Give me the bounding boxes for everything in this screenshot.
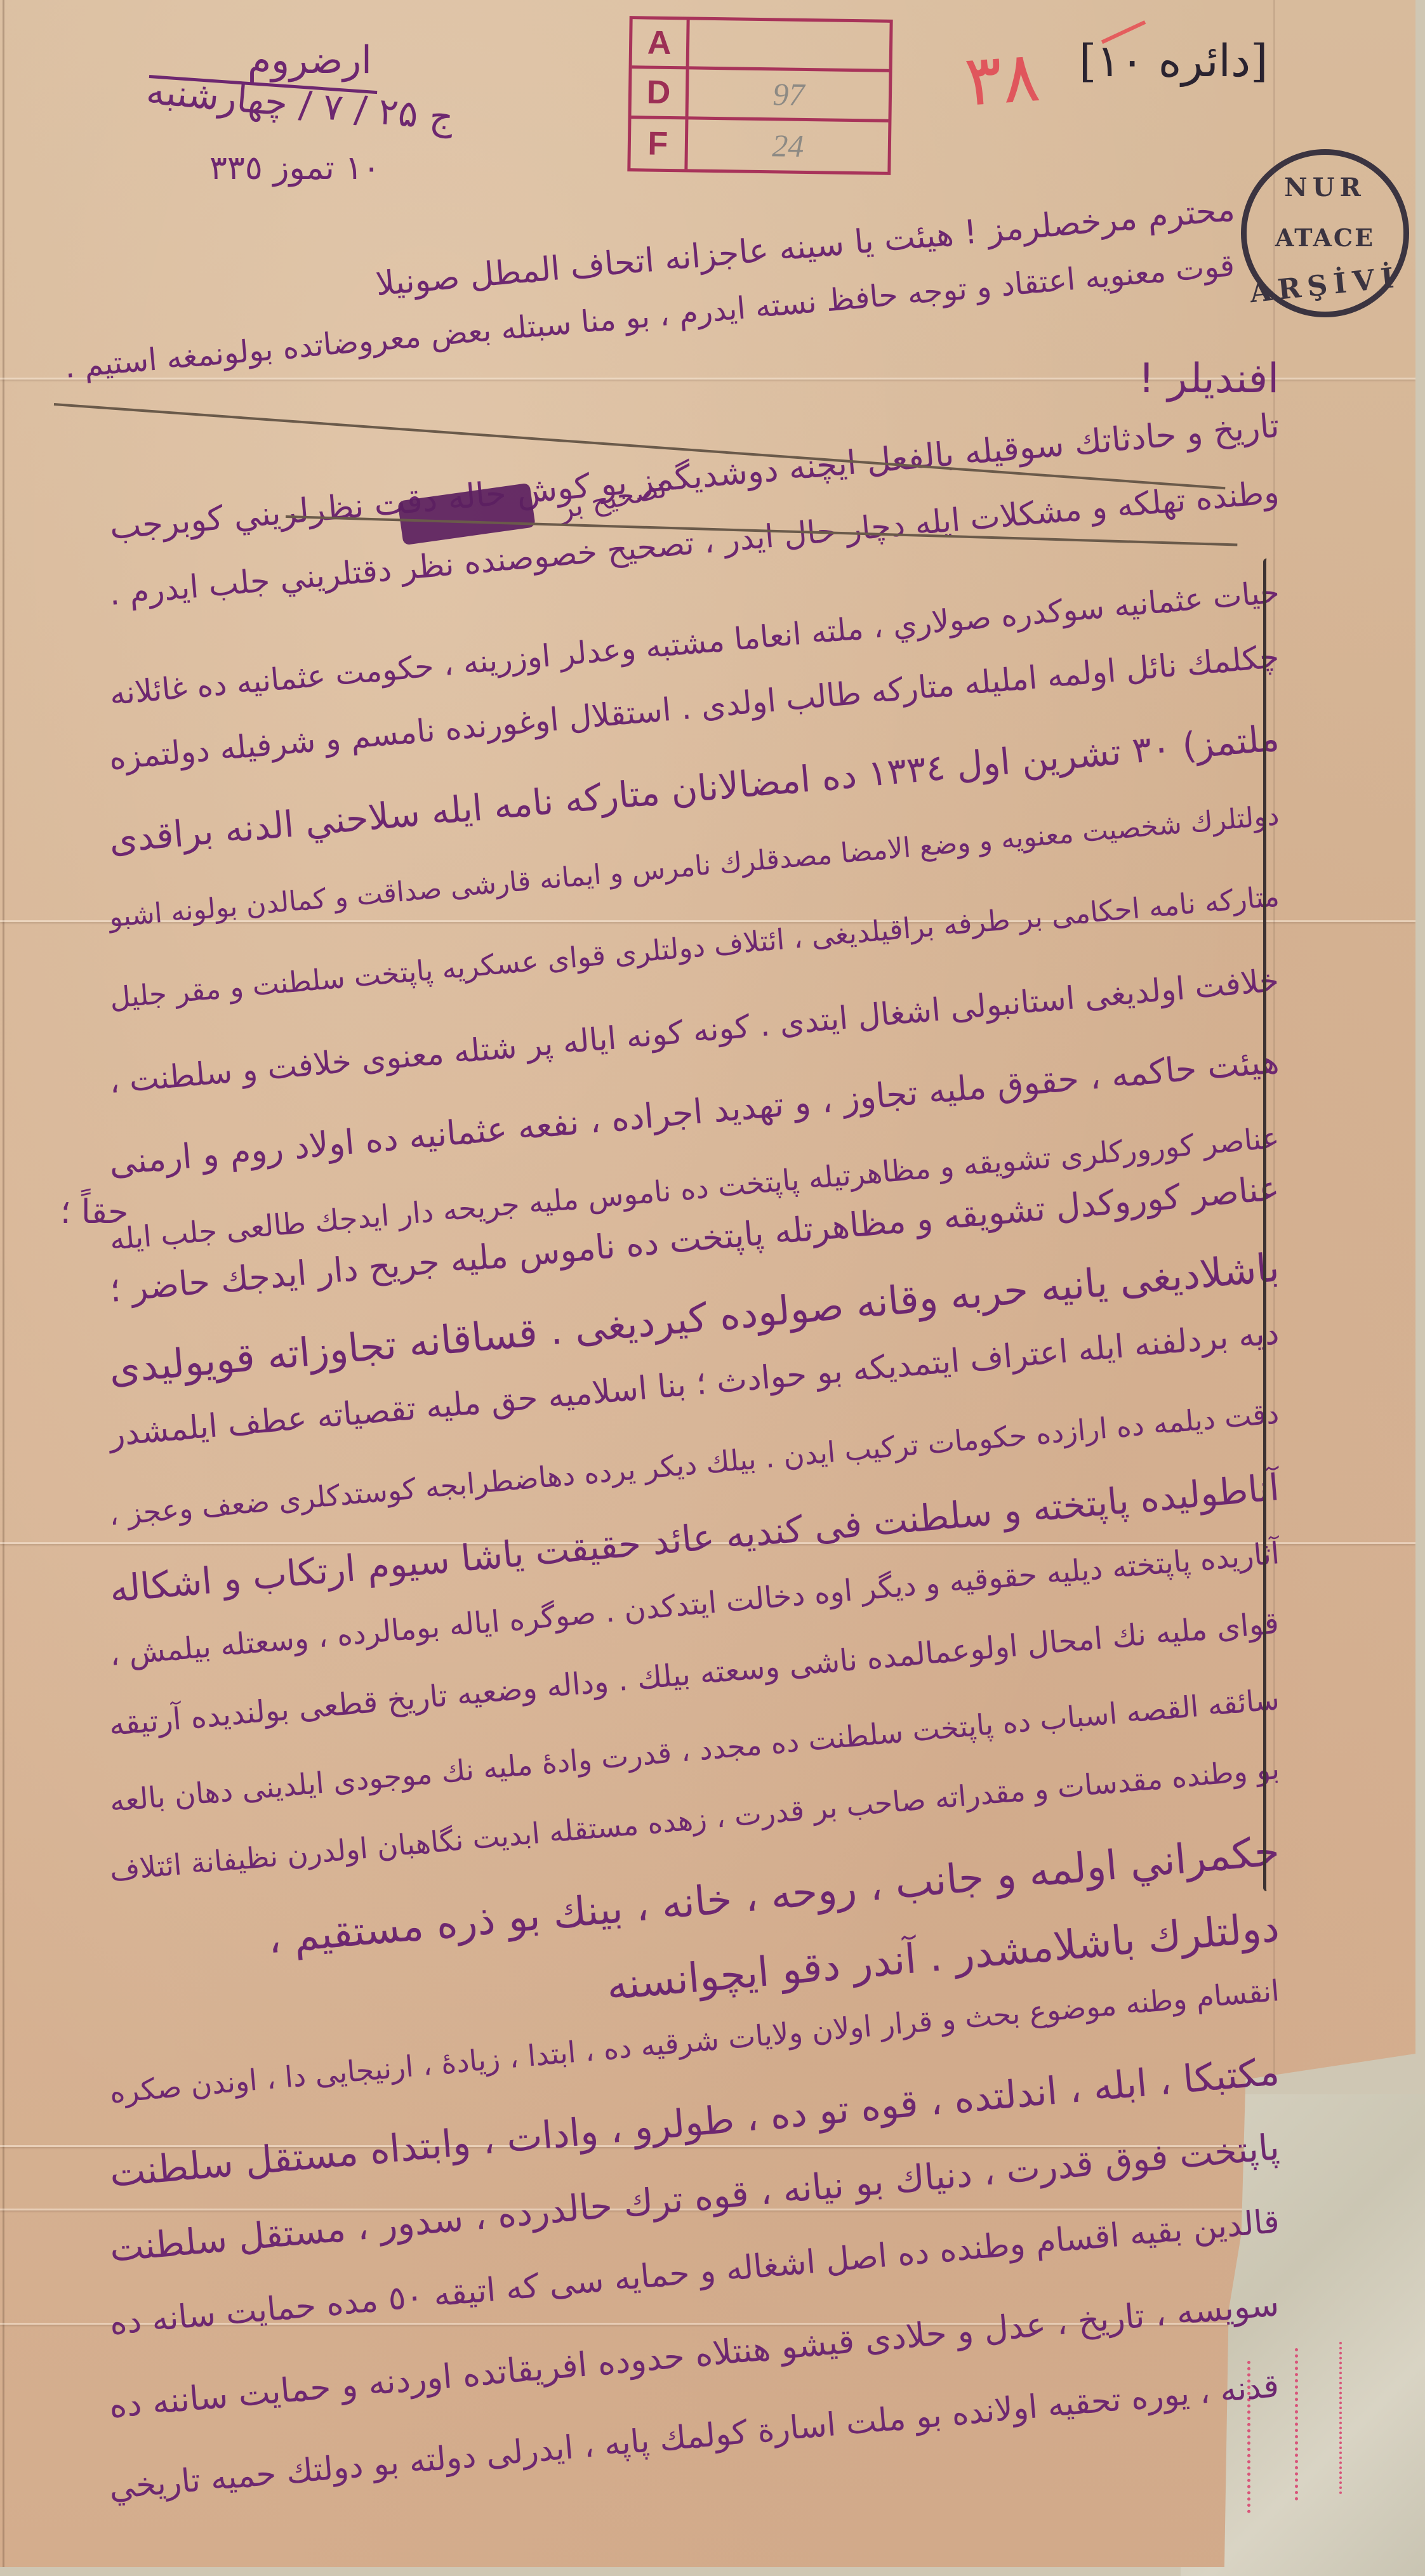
- stamp-middle-text: ATACE: [1247, 223, 1403, 252]
- file-note: [دائره ١٠]: [1079, 35, 1268, 87]
- stamp-value-f: 24: [687, 119, 888, 172]
- stamp-value-a: [689, 20, 890, 72]
- margin-bracket-line: [1263, 558, 1270, 1891]
- red-dotted-mark: [1339, 2342, 1342, 2494]
- archive-stamp-box: A D 97 F 24: [627, 16, 892, 175]
- margin-note: حقاً ؛: [60, 1193, 128, 1231]
- header-place: ارضروم: [248, 38, 372, 83]
- stamp-key-f: F: [630, 119, 688, 169]
- paper-edge: [3, 0, 4, 2567]
- stamp-key-d: D: [631, 69, 689, 120]
- manuscript-line: افندیلر !: [1138, 355, 1279, 402]
- stamp-key-a: A: [632, 19, 690, 70]
- folio-number: ٣٨: [962, 36, 1043, 122]
- stamp-value-d: 97: [688, 70, 889, 122]
- red-dotted-mark: [1295, 2348, 1298, 2500]
- archive-round-stamp: NUR ATACE ARŞİVİ: [1241, 149, 1409, 317]
- header-date-secondary: ١٠ تموز ٣٣٥: [209, 149, 380, 187]
- stamp-top-text: NUR: [1247, 173, 1403, 202]
